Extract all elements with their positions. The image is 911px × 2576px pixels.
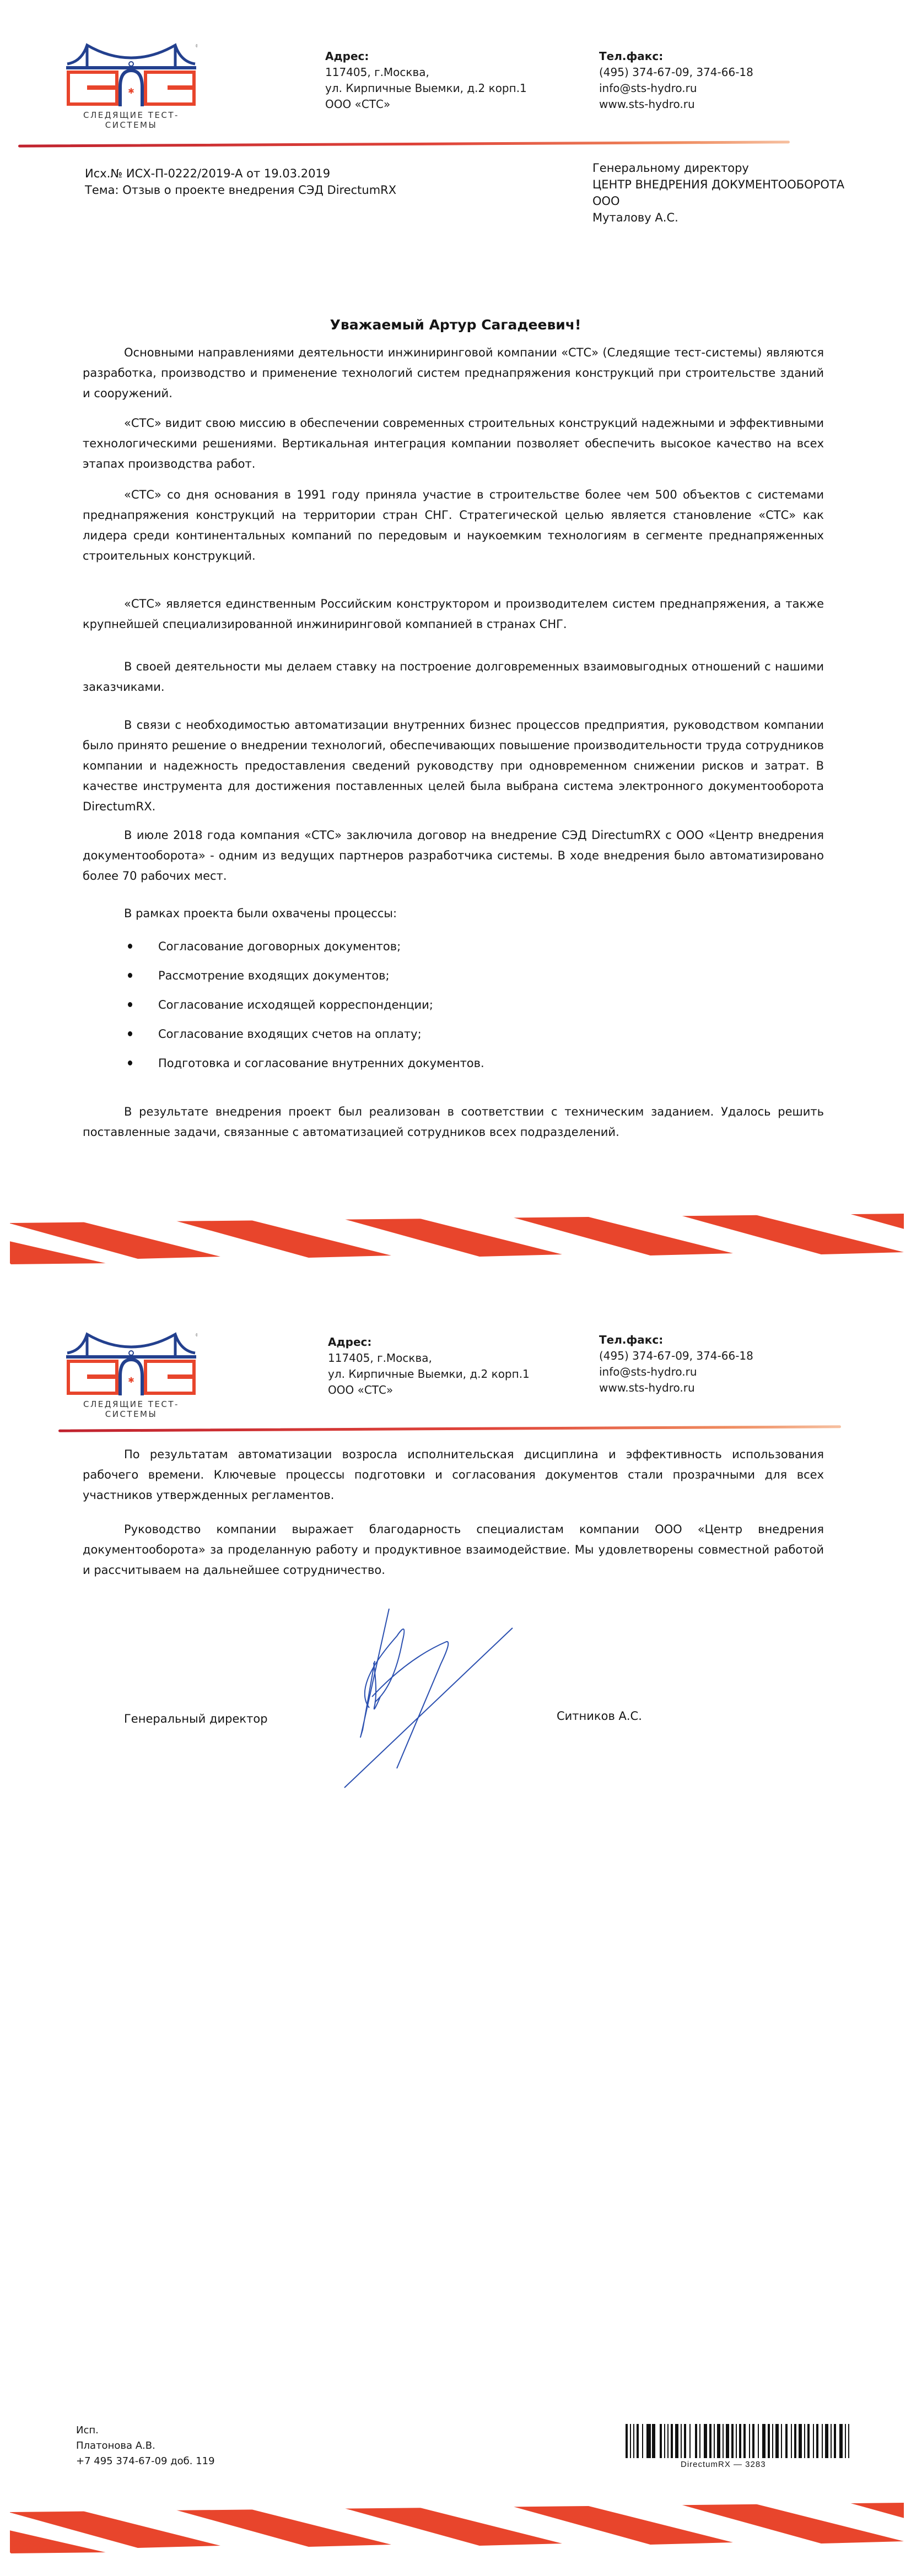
executor-phone: +7 495 374-67-09 доб. 119 [76, 2454, 215, 2469]
processes-list: Согласование договорных документов; Расс… [128, 937, 734, 1083]
recipient-line: Муталову А.С. [592, 209, 844, 226]
bridge-logo-icon: ✱ ® [65, 43, 197, 120]
barcode-label: DirectumRX — 3283 [681, 2460, 766, 2469]
rope-decoration-icon [0, 1209, 911, 1270]
logo-caption: СЛЕДЯЩИЕ ТЕСТ-СИСТЕМЫ [65, 1399, 197, 1419]
svg-text:✱: ✱ [128, 87, 134, 96]
phone-numbers: (495) 374-67-09, 374-66-18 [599, 1348, 753, 1364]
list-item: Согласование договорных документов; [128, 937, 734, 966]
handwritten-signature-icon [331, 1609, 562, 1801]
logo-caption: СЛЕДЯЩИЕ ТЕСТ-СИСТЕМЫ [65, 110, 197, 130]
address-block: Адрес: 117405, г.Москва, ул. Кирпичные В… [325, 48, 527, 112]
signatory-position: Генеральный директор [124, 1712, 268, 1725]
subject-line: Тема: Отзыв о проекте внедрения СЭД Dire… [85, 182, 396, 198]
address-label: Адрес: [325, 48, 527, 64]
bridge-logo-icon: ✱ ® [65, 1332, 197, 1409]
address-line: ООО «СТС» [325, 96, 527, 112]
document-meta: Исх.№ ИСХ-П-0222/2019-А от 19.03.2019 Те… [85, 165, 396, 198]
executor-name: Платонова А.В. [76, 2438, 215, 2454]
address-line: ул. Кирпичные Выемки, д.2 корп.1 [328, 1366, 530, 1382]
body-paragraph: Основными направлениями деятельности инж… [83, 343, 824, 404]
contacts-block: Тел.факс: (495) 374-67-09, 374-66-18 inf… [599, 1332, 753, 1396]
body-paragraph: По результатам автоматизации возросла ис… [83, 1444, 824, 1506]
body-paragraph: «СТС» является единственным Российским к… [83, 594, 824, 635]
body-paragraph: Руководство компании выражает благодарно… [83, 1519, 824, 1581]
result-paragraph: В результате внедрения проект был реализ… [83, 1102, 824, 1143]
list-item: Рассмотрение входящих документов; [128, 966, 734, 995]
bullet-icon [128, 973, 132, 978]
signatory-name: Ситников А.С. [557, 1709, 642, 1723]
recipient-line: Генеральному директору [592, 160, 844, 176]
company-logo: ✱ ® СЛЕДЯЩИЕ ТЕСТ-СИСТЕМЫ [65, 43, 197, 137]
phone-numbers: (495) 374-67-09, 374-66-18 [599, 64, 753, 80]
rope-decoration-icon [0, 2498, 911, 2559]
email-link[interactable]: info@sts-hydro.ru [599, 80, 753, 96]
body-paragraph: «СТС» видит свою миссию в обеспечении со… [83, 413, 824, 474]
address-line: 117405, г.Москва, [325, 64, 527, 80]
body-paragraph: В июле 2018 года компания «СТС» заключил… [83, 825, 824, 886]
executor-block: Исп. Платонова А.В. +7 495 374-67-09 доб… [76, 2423, 215, 2469]
website-link[interactable]: www.sts-hydro.ru [599, 96, 753, 112]
body-paragraph: В связи с необходимостью автоматизации в… [83, 715, 824, 817]
executor-label: Исп. [76, 2423, 215, 2438]
processes-intro: В рамках проекта были охвачены процессы: [83, 903, 824, 924]
address-block: Адрес: 117405, г.Москва, ул. Кирпичные В… [328, 1334, 530, 1398]
address-line: 117405, г.Москва, [328, 1350, 530, 1366]
address-line: ООО «СТС» [328, 1382, 530, 1398]
svg-text:®: ® [195, 1333, 197, 1338]
body-paragraph: В своей деятельности мы делаем ставку на… [83, 657, 824, 697]
barcode-icon [626, 2423, 857, 2459]
address-line: ул. Кирпичные Выемки, д.2 корп.1 [325, 80, 527, 96]
bullet-icon [128, 1031, 132, 1036]
email-link[interactable]: info@sts-hydro.ru [599, 1364, 753, 1380]
outgoing-reference: Исх.№ ИСХ-П-0222/2019-А от 19.03.2019 [85, 165, 396, 182]
recipient-line: ООО [592, 193, 844, 209]
phone-label: Тел.факс: [599, 1332, 753, 1348]
bullet-icon [128, 944, 132, 949]
company-logo: ✱ ® СЛЕДЯЩИЕ ТЕСТ-СИСТЕМЫ [65, 1332, 197, 1426]
recipient-line: ЦЕНТР ВНЕДРЕНИЯ ДОКУМЕНТООБОРОТА [592, 176, 844, 193]
list-item: Согласование исходящей корреспонденции; [128, 995, 734, 1024]
website-link[interactable]: www.sts-hydro.ru [599, 1380, 753, 1396]
bullet-icon [128, 1060, 132, 1065]
header-divider [18, 140, 790, 147]
svg-text:✱: ✱ [128, 1376, 134, 1385]
contacts-block: Тел.факс: (495) 374-67-09, 374-66-18 inf… [599, 48, 753, 112]
address-label: Адрес: [328, 1334, 530, 1350]
recipient-block: Генеральному директору ЦЕНТР ВНЕДРЕНИЯ Д… [592, 160, 844, 226]
phone-label: Тел.факс: [599, 48, 753, 64]
list-item: Согласование входящих счетов на оплату; [128, 1024, 734, 1053]
header-divider [58, 1425, 841, 1432]
greeting: Уважаемый Артур Сагадеевич! [0, 317, 911, 333]
body-paragraph: «СТС» со дня основания в 1991 году приня… [83, 485, 824, 566]
bullet-icon [128, 1002, 132, 1007]
list-item: Подготовка и согласование внутренних док… [128, 1053, 734, 1083]
svg-text:®: ® [195, 44, 197, 48]
